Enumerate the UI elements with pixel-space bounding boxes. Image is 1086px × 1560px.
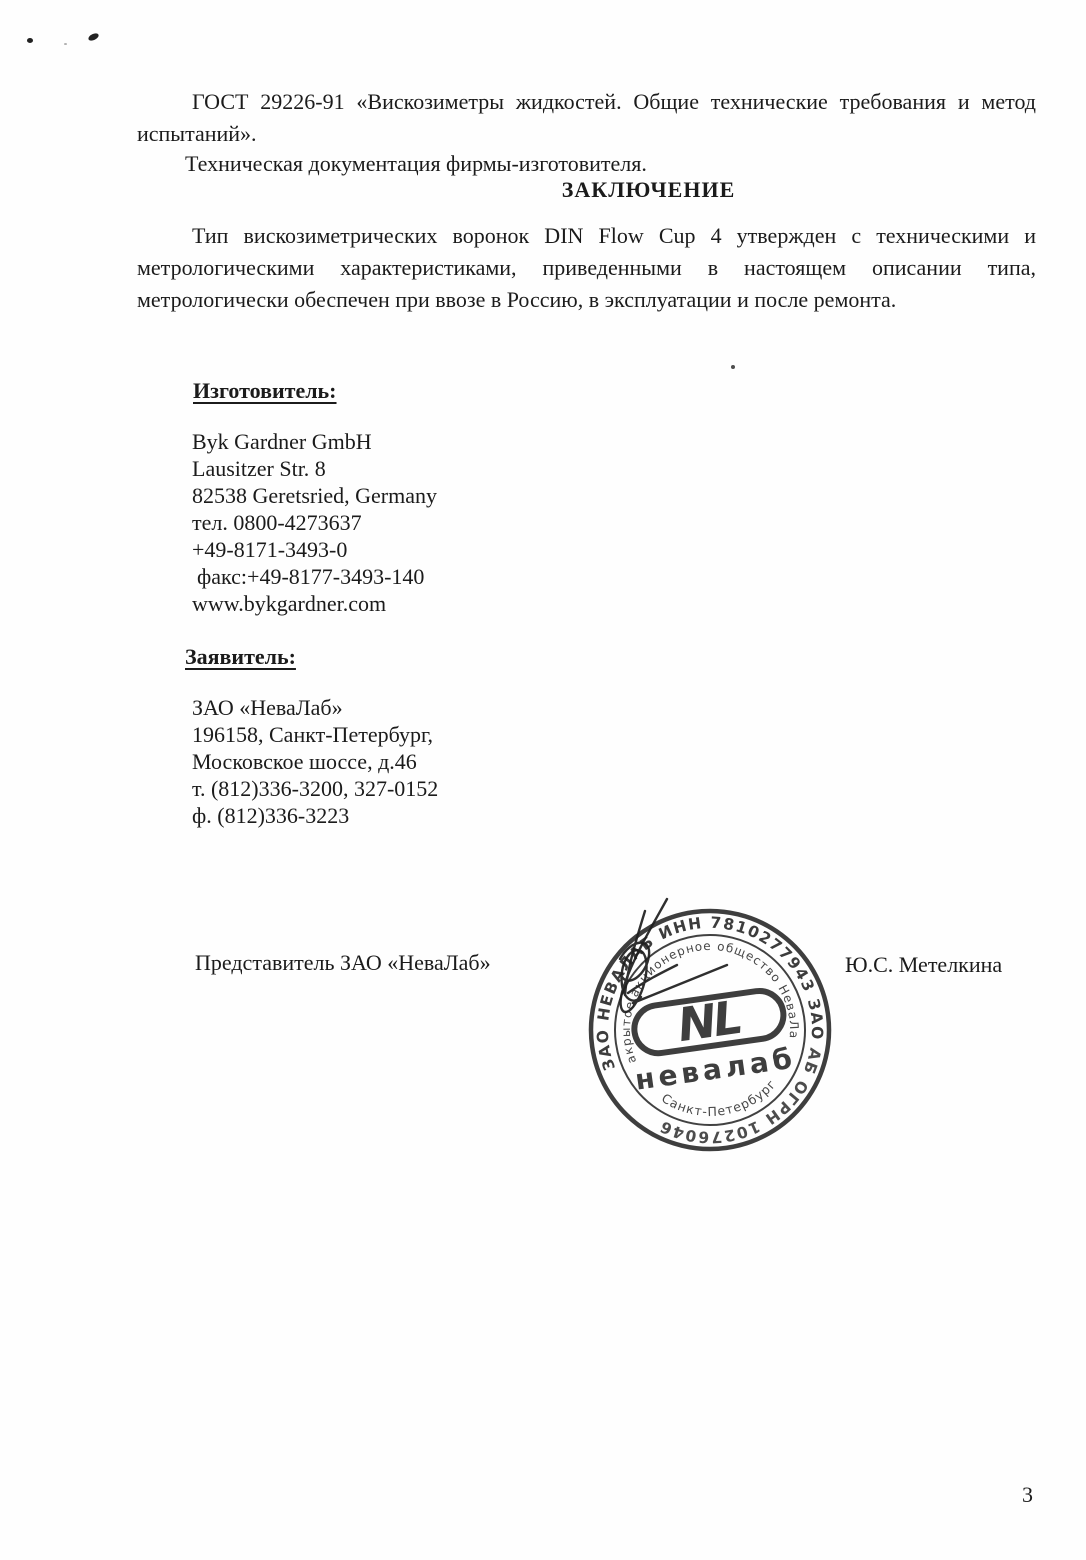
gost-line: испытаний». bbox=[137, 118, 1036, 150]
applicant-line: Московское шоссе, д.46 bbox=[192, 748, 438, 775]
applicant-line: т. (812)336-3200, 327-0152 bbox=[192, 775, 438, 802]
document-page: ГОСТ 29226-91 «Вискозиметры жидкостей. О… bbox=[0, 0, 1086, 1560]
stamp-logo-nl: NL bbox=[674, 990, 743, 1052]
manufacturer-line: www.bykgardner.com bbox=[192, 590, 437, 617]
manufacturer-line: факс:+49-8177-3493-140 bbox=[192, 563, 437, 590]
scan-speck bbox=[87, 32, 100, 42]
applicant-address: ЗАО «НеваЛаб» 196158, Санкт-Петербург, М… bbox=[192, 694, 438, 829]
conclusion-heading: ЗАКЛЮЧЕНИЕ bbox=[137, 177, 1086, 203]
manufacturer-line: Lausitzer Str. 8 bbox=[192, 455, 437, 482]
gost-line: ГОСТ 29226-91 «Вискозиметры жидкостей. О… bbox=[137, 86, 1036, 118]
manufacturer-address: Byk Gardner GmbH Lausitzer Str. 8 82538 … bbox=[192, 428, 437, 617]
conclusion-line: метрологическими характеристиками, приве… bbox=[137, 252, 1036, 284]
signatory-name: Ю.С. Метелкина bbox=[845, 952, 1002, 978]
conclusion-paragraph: Тип вискозиметрических воронок DIN Flow … bbox=[137, 220, 1036, 316]
applicant-line: 196158, Санкт-Петербург, bbox=[192, 721, 438, 748]
manufacturer-line: +49-8171-3493-0 bbox=[192, 536, 437, 563]
applicant-line: ф. (812)336-3223 bbox=[192, 802, 438, 829]
conclusion-line: Тип вискозиметрических воронок DIN Flow … bbox=[137, 220, 1036, 252]
applicant-line: ЗАО «НеваЛаб» bbox=[192, 694, 438, 721]
applicant-heading: Заявитель: bbox=[185, 644, 296, 670]
scan-speck bbox=[64, 43, 67, 45]
manufacturer-heading: Изготовитель: bbox=[193, 378, 337, 404]
manufacturer-line: Byk Gardner GmbH bbox=[192, 428, 437, 455]
page-number: 3 bbox=[1022, 1482, 1033, 1508]
conclusion-line: метрологически обеспечен при ввозе в Рос… bbox=[137, 284, 1036, 316]
scan-speck bbox=[27, 38, 33, 43]
manufacturer-line: 82538 Geretsried, Germany bbox=[192, 482, 437, 509]
scan-speck bbox=[731, 365, 735, 369]
manufacturer-line: тел. 0800-4273637 bbox=[192, 509, 437, 536]
company-stamp: ЗАО НЕВАЛАБ ИНН 7810277943 ЗАО НЕВАЛАБ О… bbox=[575, 895, 845, 1165]
gost-paragraph: ГОСТ 29226-91 «Вискозиметры жидкостей. О… bbox=[137, 86, 1036, 150]
tech-doc-line: Техническая документация фирмы-изготовит… bbox=[137, 148, 1036, 180]
representative-label: Представитель ЗАО «НеваЛаб» bbox=[195, 950, 491, 976]
